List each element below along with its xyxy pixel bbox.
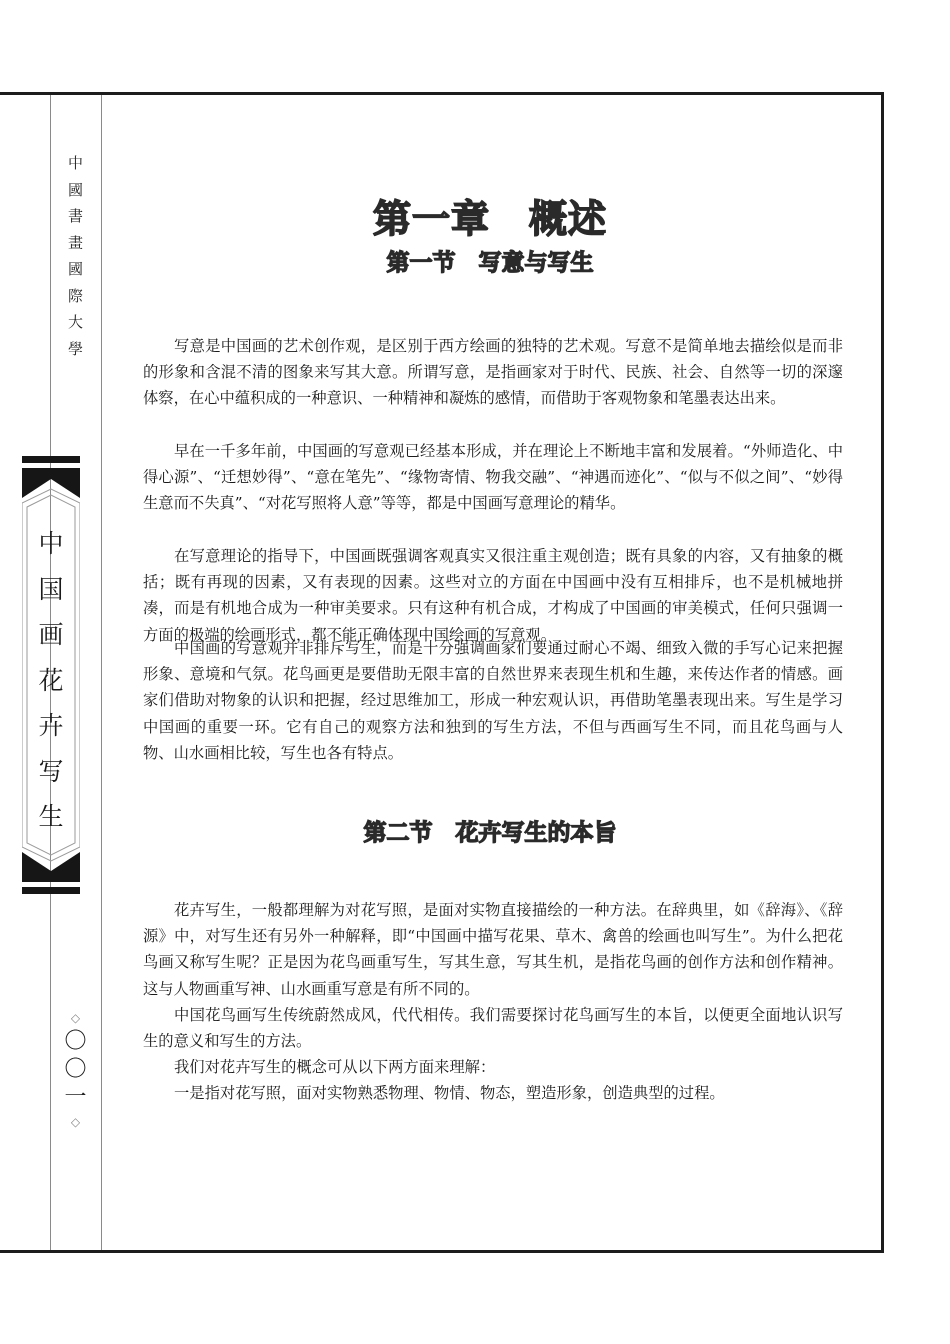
book-title-char: 卉 <box>38 703 63 749</box>
book-title-char: 国 <box>38 567 63 613</box>
book-title-vertical: 中 国 画 花 卉 写 生 <box>22 521 80 840</box>
paragraph: 写意是中国画的艺术创作观，是区别于西方绘画的独特的艺术观。写意不是简单地去描绘似… <box>143 333 843 412</box>
paragraph: 在写意理论的指导下，中国画既强调客观真实又很注重主观创造；既有具象的内容，又有抽… <box>143 543 843 648</box>
page-number-digit: 〇 <box>64 1056 86 1084</box>
section-title: 第二节 花卉写生的本旨 <box>140 814 840 847</box>
publisher-char: 大 <box>68 309 83 336</box>
book-title-char: 画 <box>38 612 63 658</box>
frame-right-border <box>881 92 884 1253</box>
paragraph: 花卉写生，一般都理解为对花写照，是面对实物直接描绘的一种方法。在辞典里，如《辞海… <box>143 897 843 1002</box>
publisher-char: 國 <box>68 256 83 283</box>
paragraph: 中国画的写意观并非排斥写生，而是十分强调画家们要通过耐心不竭、细致入微的手写心记… <box>143 635 843 766</box>
book-title-char: 生 <box>38 794 63 840</box>
paragraph: 一是指对花写照，面对实物熟悉物理、物情、物态，塑造形象，创造典型的过程。 <box>143 1080 843 1106</box>
page-number: ◇ 〇 〇 一 ◇ <box>50 1008 101 1132</box>
publisher-char: 際 <box>68 283 83 310</box>
diamond-ornament-icon: ◇ <box>71 1008 80 1028</box>
publisher-char: 書 <box>68 203 83 230</box>
book-title-char: 写 <box>38 749 63 795</box>
diamond-ornament-icon: ◇ <box>71 1112 80 1132</box>
margin-rule-right <box>101 95 102 1250</box>
paragraph: 早在一千多年前，中国画的写意观已经基本形成，并在理论上不断地丰富和发展着。“外师… <box>143 438 843 517</box>
chapter-title: 第一章 概述 <box>140 188 840 243</box>
paragraph: 中国花鸟画写生传统蔚然成风，代代相传。我们需要探讨花鸟画写生的本旨，以便更全面地… <box>143 1002 843 1054</box>
section-title: 第一节 写意与写生 <box>140 244 840 277</box>
page-number-digit: 〇 <box>64 1028 86 1056</box>
publisher-char: 國 <box>68 177 83 204</box>
page-number-digit: 一 <box>64 1084 86 1112</box>
publisher-char: 中 <box>68 150 83 177</box>
frame-top-border <box>0 92 884 95</box>
book-title-char: 花 <box>38 658 63 704</box>
book-title-char: 中 <box>38 521 63 567</box>
book-title-banner: 中 国 画 花 卉 写 生 <box>22 455 80 895</box>
paragraph: 我们对花卉写生的概念可从以下两方面来理解： <box>143 1054 843 1080</box>
publisher-char: 學 <box>68 336 83 363</box>
frame-bottom-border <box>0 1250 884 1253</box>
publisher-vertical-label: 中 國 書 畫 國 際 大 學 <box>50 150 101 362</box>
publisher-char: 畫 <box>68 230 83 257</box>
